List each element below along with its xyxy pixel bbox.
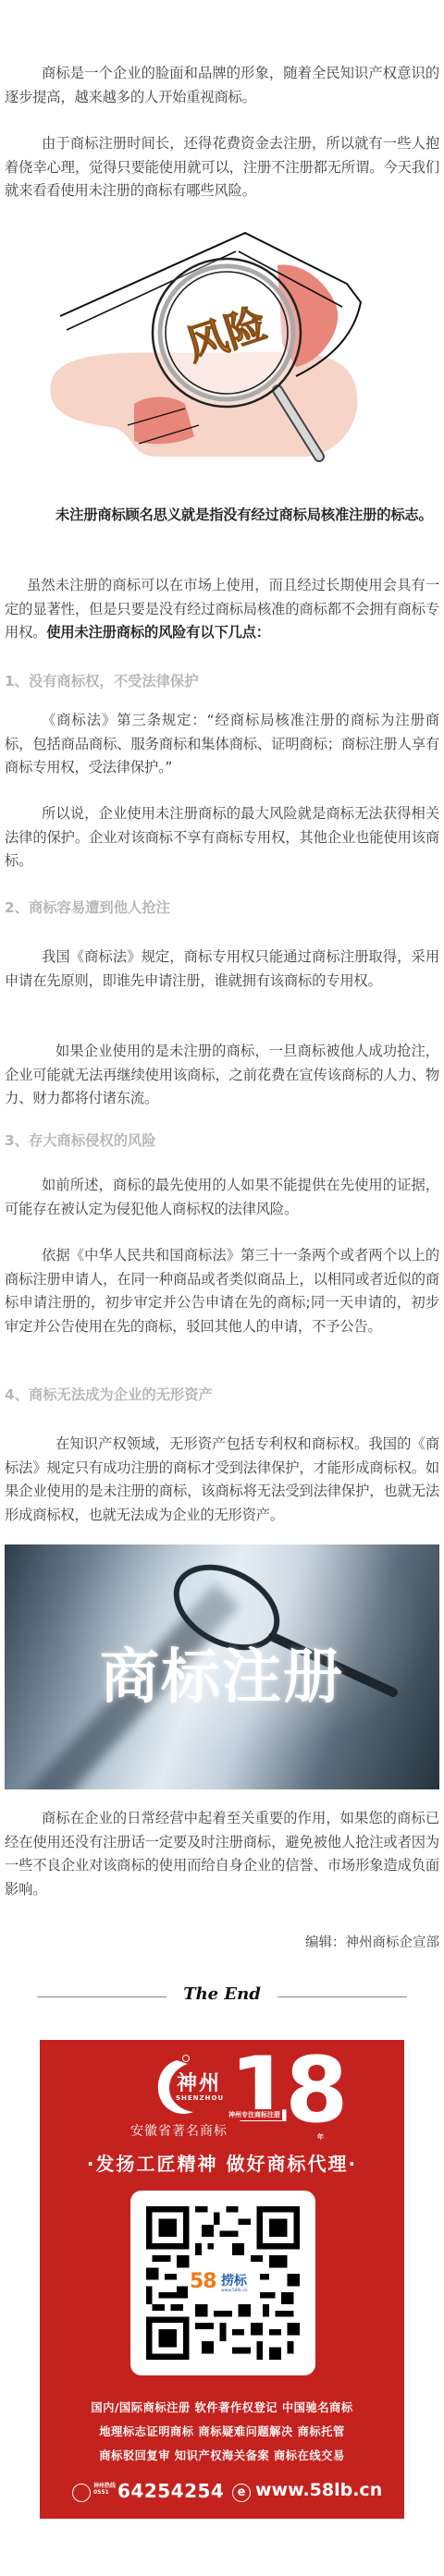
services-line-2: 地理标志证明商标 商标疑难问题解决 商标托管 (40, 2423, 404, 2439)
the-end-divider: The End (37, 1987, 407, 2006)
section-heading-3: 3、存大商标侵权的风险 (5, 1129, 156, 1150)
section-heading-2: 2、商标容易遭到他人抢注 (5, 897, 170, 917)
brand-name: 神州 (177, 2068, 221, 2096)
banner-slogan: ·发扬工匠精神 做好商标代理· (40, 2149, 404, 2176)
overview-paragraph: 虽然未注册的商标可以在市场上使用，而且经过长期使用会具有一定的显著性，但是只要是… (5, 574, 439, 645)
years-number: 18 (229, 2045, 340, 2137)
web-icon: e (232, 2484, 251, 2502)
company-ad-banner: 神州 SHENZHOU 安徽省著名商标 18 神州专注商标注册 年 ·发扬工匠精… (40, 2040, 404, 2519)
famous-trademark-label: 安徽省著名商标 (130, 2121, 228, 2140)
section-3-paragraph-1: 如前所述，商标的最先使用的人如果不能提供在先使用的证据，可能存在被认定为侵犯他人… (5, 1174, 439, 1221)
trademark-registration-image: 商标注册 (5, 1544, 439, 1789)
services-line-1: 国内/国际商标注册 软件著作权登记 中国驰名商标 (40, 2399, 404, 2415)
divider-line-right (277, 1996, 407, 1997)
intro-paragraph-1: 商标是一个企业的脸面和品牌的形象，随着全民知识产权意识的逐步提高，越来越多的人开… (5, 62, 439, 109)
the-end-text: The End (37, 1984, 407, 2004)
section-heading-1: 1、没有商标权，不受法律保护 (5, 670, 199, 690)
section-2-paragraph-2: 如果企业使用的是未注册的商标，一旦商标被他人成功抢注，企业可能就无法再继续使用该… (5, 1040, 439, 1111)
qr-brand-badge: 58 捞标 www.58lb.cn (188, 2270, 260, 2300)
section-4-paragraph-1: 在知识产权领域，无形资产包括专利权和商标权。我国的《商标法》规定只有成功注册的商… (5, 1433, 439, 1527)
hotline-label: 神州热线0551 (93, 2483, 116, 2496)
section-1-paragraph-2: 所以说，企业使用未注册商标的最大风险就是商标无法获得相关法律的保护。企业对该商标… (5, 802, 439, 873)
hotline-number[interactable]: 64254254 (117, 2480, 224, 2502)
brand-pinyin: SHENZHOU (176, 2094, 224, 2102)
magnifier-icon: 风险 (0, 214, 444, 492)
section-1-paragraph-1: 《商标法》第三条规定：“经商标局核准注册的商标为注册商标，包括商品商标、服务商标… (5, 709, 439, 780)
website-link[interactable]: www.58lb.cn (255, 2480, 382, 2500)
focus-tagline: 神州专注商标注册 (227, 2109, 282, 2120)
overview-emphasis: 使用未注册商标的风险有以下几点： (46, 624, 270, 641)
editor-credit: 编辑：神州商标企宣部 (305, 1932, 439, 1951)
risk-illustration: 风险 (0, 214, 444, 492)
trademark-registration-title: 商标注册 (5, 1630, 439, 1715)
section-3-paragraph-2: 依据《中华人民共和国商标法》第三十一条两个或者两个以上的商标注册申请人，在同一种… (5, 1244, 439, 1338)
phone-icon (72, 2484, 91, 2502)
intro-paragraph-2: 由于商标注册时间长，还得花费资金去注册，所以就有一些人抱着侥幸心理，觉得只要能使… (5, 132, 439, 203)
definition-paragraph: 未注册商标顾名思义就是指没有经过商标局核准注册的标志。 (5, 504, 439, 528)
section-2-paragraph-1: 我国《商标法》规定，商标专用权只能通过商标注册取得，采用申请在先原则，即谁先申请… (5, 946, 439, 993)
section-heading-4: 4、商标无法成为企业的无形资产 (5, 1384, 213, 1404)
qr-code[interactable]: 58 捞标 www.58lb.cn (130, 2191, 315, 2375)
conclusion-paragraph: 商标在企业的日常经营中起着至关重要的作用，如果您的商标已经在使用还没有注册话一定… (5, 1807, 439, 1901)
years-suffix: 年 (317, 2132, 324, 2142)
services-line-3: 商标驳回复审 知识产权海关备案 商标在线交易 (40, 2447, 404, 2463)
